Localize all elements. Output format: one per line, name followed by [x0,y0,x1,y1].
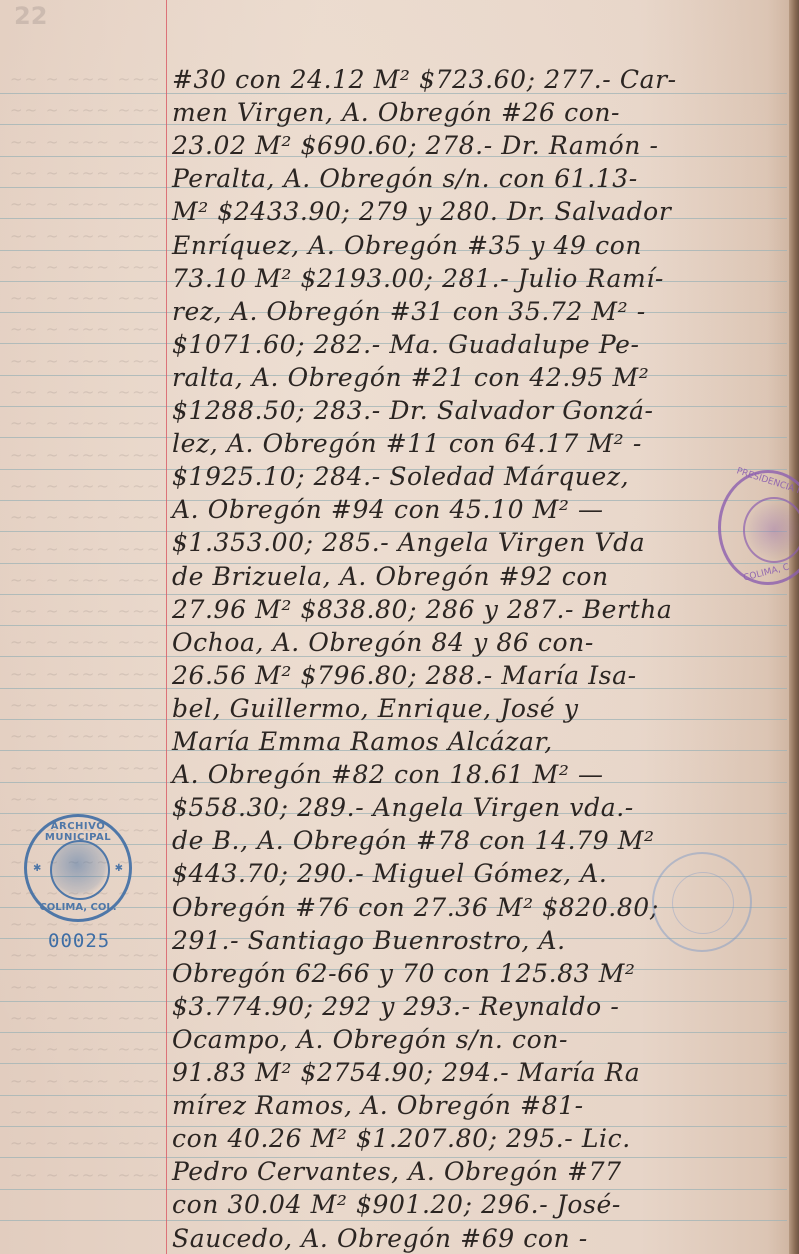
bleed-through-line: ~~ ~ ~~~ ~~~ [10,665,160,683]
bleed-through-line: ~~ ~ ~~~ ~~~ [10,1134,160,1152]
margin-line [166,0,167,1254]
bleed-through-line: ~~ ~ ~~~ ~~~ [10,195,160,213]
bleed-through-line: ~~ ~ ~~~ ~~~ [10,1009,160,1027]
bleed-through-line: ~~ ~ ~~~ ~~~ [10,227,160,245]
bleed-through-line: ~~ ~ ~~~ ~~~ [10,133,160,151]
bleed-through-line: ~~ ~ ~~~ ~~~ [10,352,160,370]
bleed-through-line: ~~ ~ ~~~ ~~~ [10,1072,160,1090]
bleed-through-line: ~~ ~ ~~~ ~~~ [10,414,160,432]
star-icon: ✱ [115,863,123,874]
ghost-page-number: 22 [14,2,47,30]
bleed-through-line: ~~ ~ ~~~ ~~~ [10,289,160,307]
bleed-through-line: ~~ ~ ~~~ ~~~ [10,1166,160,1184]
bleed-through-line: ~~ ~ ~~~ ~~~ [10,540,160,558]
stamp-seal-icon [743,497,799,563]
stamp-seal-icon [50,840,110,900]
archive-folio-number: 00025 [48,930,110,952]
bleed-through-line: ~~ ~ ~~~ ~~~ [10,696,160,714]
bleed-through-line: ~~ ~ ~~~ ~~~ [10,1040,160,1058]
bleed-through-line: ~~ ~ ~~~ ~~~ [10,446,160,464]
archivo-municipal-stamp: ARCHIVO MUNICIPAL ✱ ✱ COLIMA, COL. [24,814,132,922]
bleed-through-line: ~~ ~ ~~~ ~~~ [10,164,160,182]
faint-blue-stamp [652,852,752,952]
bleed-through-line: ~~ ~ ~~~ ~~~ [10,633,160,651]
ledger-page: 22 ~~ ~ ~~~ ~~~~~ ~ ~~~ ~~~~~ ~ ~~~ ~~~~… [0,0,799,1254]
bleed-through-line: ~~ ~ ~~~ ~~~ [10,602,160,620]
stamp-bottom-text: COLIMA, C [742,562,790,583]
stamp-bottom-text: COLIMA, COL. [27,902,129,913]
bleed-through-line: ~~ ~ ~~~ ~~~ [10,258,160,276]
bleed-through-line: ~~ ~ ~~~ ~~~ [10,759,160,777]
bleed-through-line: ~~ ~ ~~~ ~~~ [10,383,160,401]
bleed-through-line: ~~ ~ ~~~ ~~~ [10,727,160,745]
bleed-through-line: ~~ ~ ~~~ ~~~ [10,101,160,119]
bleed-through-line: ~~ ~ ~~~ ~~~ [10,508,160,526]
text-line: Saucedo, A. Obregón #69 con - [172,1219,792,1254]
star-icon: ✱ [33,863,41,874]
bleed-through-line: ~~ ~ ~~~ ~~~ [10,477,160,495]
bleed-through-line: ~~ ~ ~~~ ~~~ [10,571,160,589]
bleed-through-line: ~~ ~ ~~~ ~~~ [10,320,160,338]
bleed-through-line: ~~ ~ ~~~ ~~~ [10,1103,160,1121]
bleed-through-line: ~~ ~ ~~~ ~~~ [10,978,160,996]
bleed-through-line: ~~ ~ ~~~ ~~~ [10,790,160,808]
stamp-seal-icon [672,872,734,934]
bleed-through-line: ~~ ~ ~~~ ~~~ [10,70,160,88]
